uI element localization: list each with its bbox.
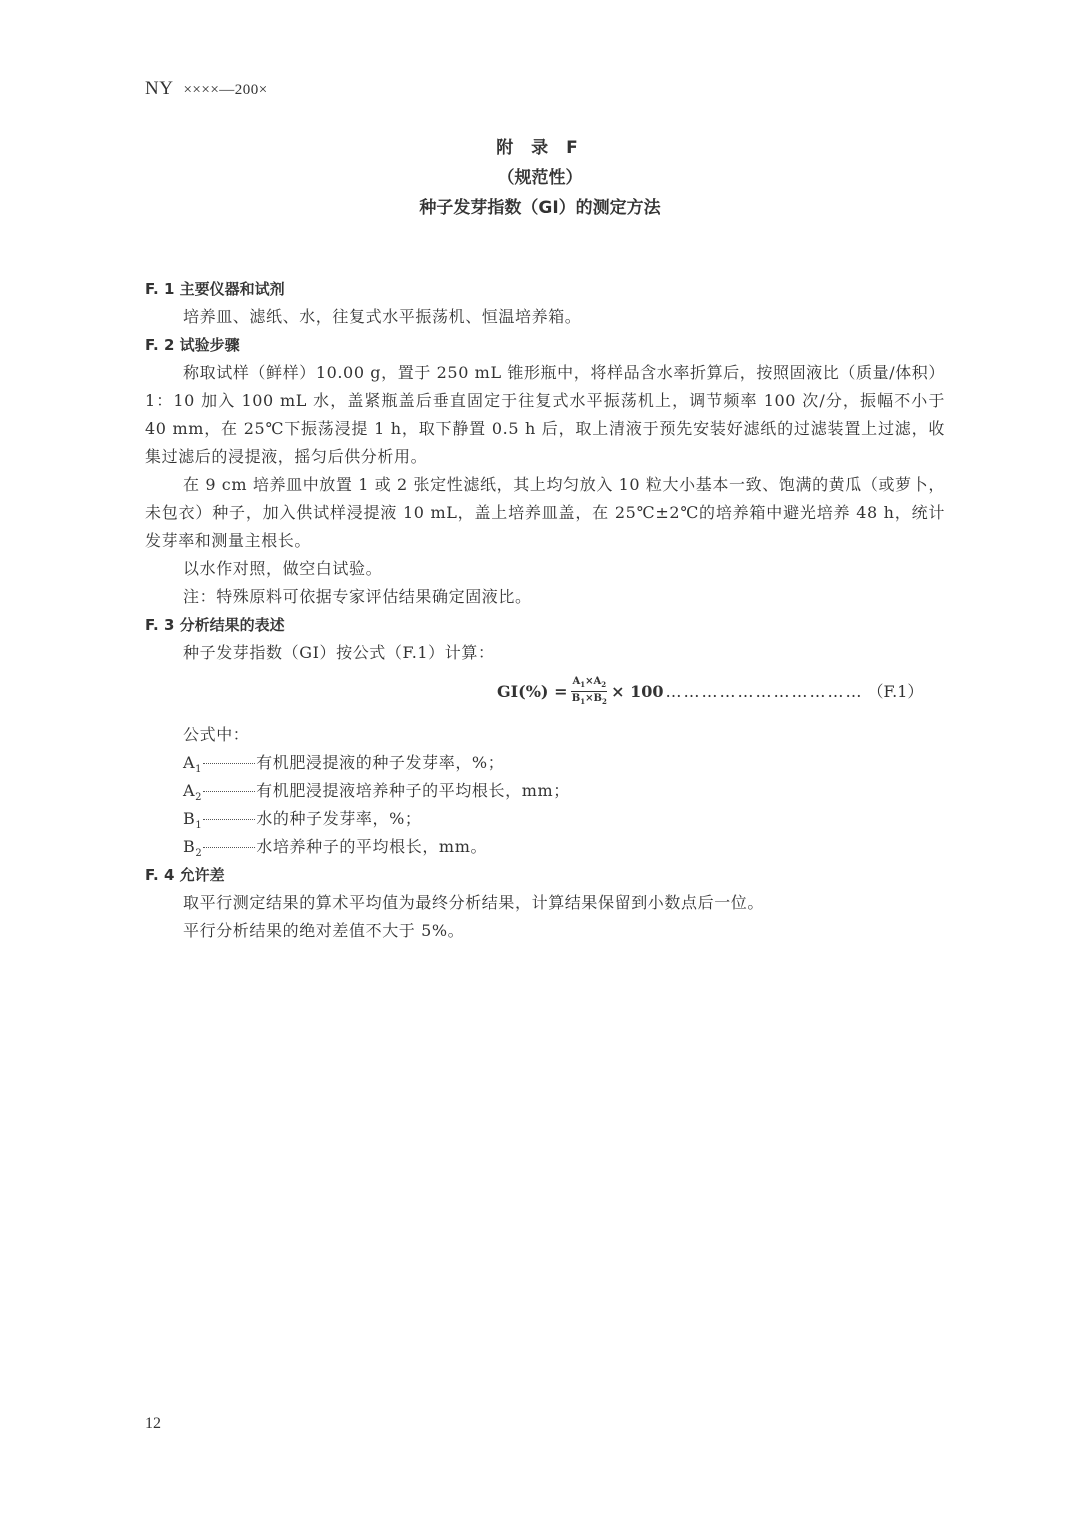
section-heading-f1: F. 1 主要仪器和试剂 bbox=[145, 275, 945, 303]
where-label: 公式中： bbox=[145, 721, 945, 749]
formula-denominator: B1×B2 bbox=[572, 692, 607, 708]
symbol: B bbox=[594, 693, 602, 704]
standard-code: NY bbox=[145, 78, 173, 99]
leader-line bbox=[203, 819, 255, 820]
variable-definition: B2水培养种子的平均根长，mm。 bbox=[145, 833, 945, 861]
variable-subscript: 1 bbox=[195, 764, 202, 775]
formula-label: （F.1） bbox=[868, 678, 924, 706]
document-title: 种子发芽指数（GI）的测定方法 bbox=[0, 193, 1080, 223]
times-sign: × bbox=[585, 676, 593, 687]
variable-description: 水的种子发芽率，%； bbox=[256, 809, 421, 828]
symbol: B bbox=[572, 693, 580, 704]
paragraph: 在 9 cm 培养皿中放置 1 或 2 张定性滤纸，其上均匀放入 10 粒大小基… bbox=[145, 471, 945, 555]
title-block: 附 录 F （规范性） 种子发芽指数（GI）的测定方法 bbox=[0, 133, 1080, 223]
subscript: 2 bbox=[602, 697, 607, 706]
section-heading-f3: F. 3 分析结果的表述 bbox=[145, 611, 945, 639]
variable-definition: B1水的种子发芽率，%； bbox=[145, 805, 945, 833]
paragraph: 平行分析结果的绝对差值不大于 5%。 bbox=[145, 917, 945, 945]
variable-subscript: 2 bbox=[195, 848, 202, 859]
appendix-nature: （规范性） bbox=[0, 163, 1080, 193]
variable-symbol: B bbox=[183, 837, 195, 856]
leader-line bbox=[203, 791, 255, 792]
times-sign: × bbox=[585, 693, 593, 704]
paragraph: 以水作对照，做空白试验。 bbox=[145, 555, 945, 583]
variable-subscript: 2 bbox=[195, 792, 202, 803]
formula-lhs: GI(%) = bbox=[497, 678, 567, 706]
standard-number: ××××—200× bbox=[183, 82, 267, 98]
note: 注：特殊原料可依据专家评估结果确定固液比。 bbox=[145, 583, 945, 611]
formula-gi: GI(%) = A1×A2 B1×B2 × 100 …………………………… （F… bbox=[497, 675, 923, 708]
document-body: F. 1 主要仪器和试剂 培养皿、滤纸、水，往复式水平振荡机、恒温培养箱。 F.… bbox=[145, 275, 945, 945]
variable-symbol: A bbox=[183, 781, 195, 800]
appendix-label: 附 录 F bbox=[0, 133, 1080, 163]
formula-row: GI(%) = A1×A2 B1×B2 × 100 …………………………… （F… bbox=[145, 669, 945, 721]
formula-numerator: A1×A2 bbox=[571, 675, 607, 692]
variable-subscript: 1 bbox=[195, 820, 202, 831]
paragraph: 取平行测定结果的算术平均值为最终分析结果，计算结果保留到小数点后一位。 bbox=[145, 889, 945, 917]
subscript: 2 bbox=[601, 680, 606, 689]
variable-description: 水培养种子的平均根长，mm。 bbox=[256, 837, 487, 856]
variable-description: 有机肥浸提液培养种子的平均根长，mm； bbox=[256, 781, 570, 800]
page-number: 12 bbox=[145, 1415, 161, 1433]
formula-fraction: A1×A2 B1×B2 bbox=[571, 675, 607, 708]
variable-definition: A2有机肥浸提液培养种子的平均根长，mm； bbox=[145, 777, 945, 805]
formula-multiplier: × 100 bbox=[611, 678, 663, 706]
formula-intro: 种子发芽指数（GI）按公式（F.1）计算： bbox=[145, 639, 945, 667]
leader-line bbox=[203, 763, 255, 764]
variable-definition: A1有机肥浸提液的种子发芽率，%； bbox=[145, 749, 945, 777]
formula-leader-dots: …………………………… bbox=[666, 678, 864, 706]
section-heading-f2: F. 2 试验步骤 bbox=[145, 331, 945, 359]
variable-symbol: B bbox=[183, 809, 195, 828]
variable-symbol: A bbox=[183, 753, 195, 772]
variable-description: 有机肥浸提液的种子发芽率，%； bbox=[256, 753, 504, 772]
leader-line bbox=[203, 847, 255, 848]
paragraph: 培养皿、滤纸、水，往复式水平振荡机、恒温培养箱。 bbox=[145, 303, 945, 331]
page-header: NY××××—200× bbox=[145, 78, 268, 100]
section-heading-f4: F. 4 允许差 bbox=[145, 861, 945, 889]
paragraph: 称取试样（鲜样）10.00 g，置于 250 mL 锥形瓶中，将样品含水率折算后… bbox=[145, 359, 945, 471]
